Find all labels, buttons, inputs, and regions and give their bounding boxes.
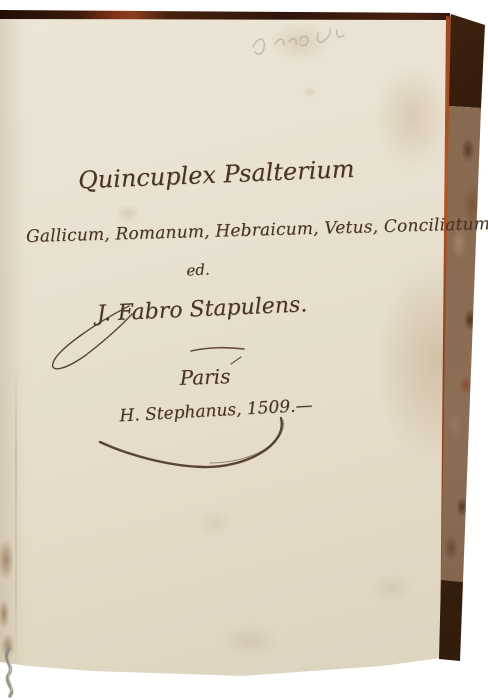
title-page-paper — [0, 0, 488, 700]
inscription-ed-label: ed. — [168, 259, 229, 280]
book-photo: Quincuplex Psalterium Gallicum, Romanum,… — [0, 0, 488, 700]
inscription-place: Paris — [158, 363, 253, 390]
